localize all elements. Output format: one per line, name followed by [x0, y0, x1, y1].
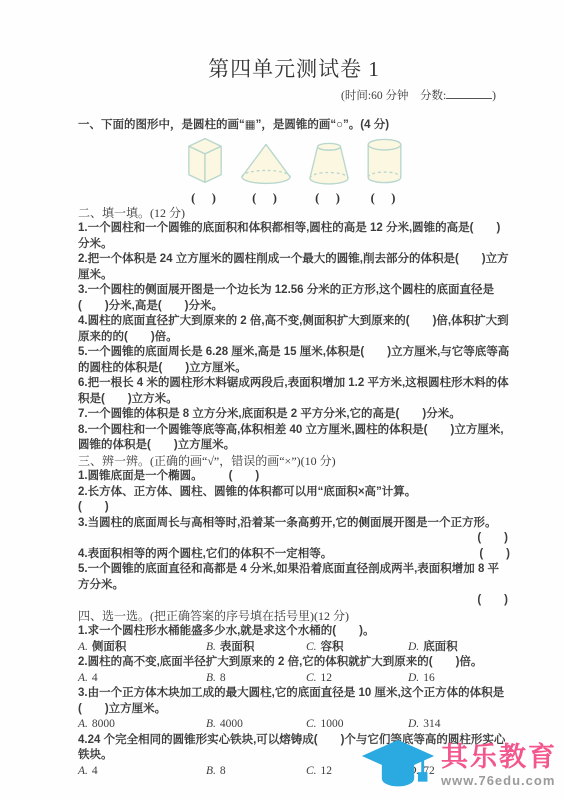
fill-item: 7.一个圆锥的体积是 8 立方分米,底面积是 2 平方分米,它的高是( )分米。: [78, 407, 510, 423]
answer-slot: ( ): [78, 500, 510, 516]
option-c: C.容积: [306, 640, 408, 656]
fill-item: 6.把一根长 4 米的圆柱形木料锯成两段后,表面积增加 1.2 平方米,这根圆柱…: [78, 376, 510, 407]
brand-text-block: 其乐教育 www.76edu.com: [441, 744, 557, 787]
section1-heading: 一、下面的图形中，是圆柱的画“▦”，是圆锥的画“○”。(4 分): [78, 118, 510, 134]
option-label: 侧面积: [92, 641, 127, 653]
judge-item: 3.当圆柱的底面周长与高相等时,沿着某一条高剪开,它的侧面展开图是一个正方形。: [78, 516, 510, 532]
option-label: 16: [423, 672, 435, 684]
option-letter: C.: [306, 765, 317, 777]
option-c: C.12: [306, 671, 408, 687]
option-b: B.表面积: [206, 640, 306, 656]
option-label: 8: [220, 672, 226, 684]
option-letter: A.: [78, 641, 88, 653]
section4-heading: 四、选一选。(把正确答案的序号填在括号里)(12 分): [78, 609, 510, 625]
score-blank: [446, 87, 492, 99]
brand-name: 其乐教育: [441, 744, 557, 771]
frustum-icon: [308, 139, 350, 185]
judge-item: 2.长方体、正方体、圆柱、圆锥的体积都可以用“底面积×高”计算。: [78, 485, 510, 501]
option-label: 12: [321, 765, 333, 777]
option-label: 4: [92, 672, 98, 684]
graduation-cap-icon: [360, 737, 436, 794]
option-label: 12: [321, 672, 333, 684]
option-letter: D.: [408, 718, 419, 730]
time-score-line: (时间:60 分钟 分数:): [78, 87, 510, 104]
page-title: 第四单元测试卷 1: [78, 54, 510, 84]
option-d: D.底面积: [408, 640, 510, 656]
shapes-row: ( ) ( ) ( ): [78, 136, 510, 206]
answer-slot: ( ): [315, 188, 342, 206]
fill-item: 1.一个圆柱和一个圆锥的底面积和体积都相等,圆柱的高是 12 分米,圆锥的高是(…: [78, 221, 510, 252]
answer-slot: ( ): [371, 188, 398, 206]
option-letter: C.: [306, 641, 317, 653]
option-letter: C.: [306, 672, 317, 684]
option-letter: A.: [78, 718, 88, 730]
answer-slot: ( ): [229, 470, 260, 482]
option-label: 4000: [220, 718, 243, 730]
judge-item: 5.一个圆锥的底面直径和高都是 4 分米,如果沿着底面直径剖成两半,表面积增加 …: [78, 562, 510, 593]
option-label: 8: [220, 765, 226, 777]
judge-text: 4.表面积相等的两个圆柱,它们的体积不一定相等。: [78, 547, 332, 563]
triangular-prism-icon: [186, 136, 224, 185]
option-letter: A.: [78, 672, 88, 684]
section3-heading: 三、辨一辨。(正确的画“√”，错误的画“×”)(10 分): [78, 454, 510, 470]
judge-item: 4.表面积相等的两个圆柱,它们的体积不一定相等。( ): [78, 547, 510, 563]
option-letter: C.: [306, 718, 317, 730]
choice-options: A.8000 B.4000 C.1000 D.314: [78, 717, 510, 733]
option-label: 8000: [92, 718, 115, 730]
option-letter: D.: [408, 641, 419, 653]
cone-icon: [240, 141, 292, 185]
answer-slot: ( ): [479, 547, 510, 563]
option-b: B.8: [206, 671, 306, 687]
fill-item: 5.一个圆锥的底面周长是 6.28 厘米,高是 15 厘米,体积是( )立方厘米…: [78, 345, 510, 376]
option-a: A.4: [78, 764, 206, 780]
option-a: A.侧面积: [78, 640, 206, 656]
figure-cell: ( ): [186, 136, 224, 206]
choice-question: 2.圆柱的高不变,底面半径扩大到原来的 2 倍,它的体积就扩大到原来的( )倍。: [78, 655, 510, 671]
option-d: D.314: [408, 717, 510, 733]
fill-item: 3.一个圆柱的侧面展开图是一个边长为 12.56 分米的正方形,这个圆柱的底面直…: [78, 283, 510, 314]
option-b: B.8: [206, 764, 306, 780]
brand-url: www.76edu.com: [441, 774, 555, 787]
option-letter: B.: [206, 641, 216, 653]
brand-logo: 其乐教育 www.76edu.com: [360, 737, 557, 794]
option-a: A.8000: [78, 717, 206, 733]
option-d: D.16: [408, 671, 510, 687]
test-paper-page: 第四单元测试卷 1 (时间:60 分钟 分数:) 一、下面的图形中，是圆柱的画“…: [0, 0, 565, 800]
option-label: 1000: [321, 718, 344, 730]
option-label: 314: [423, 718, 440, 730]
option-letter: D.: [408, 672, 419, 684]
judge-text: 1.圆锥底面是一个椭圆。: [78, 470, 203, 482]
option-label: 容积: [321, 641, 344, 653]
option-b: B.4000: [206, 717, 306, 733]
option-letter: A.: [78, 765, 88, 777]
option-letter: B.: [206, 765, 216, 777]
option-label: 4: [92, 765, 98, 777]
paper-content: 第四单元测试卷 1 (时间:60 分钟 分数:) 一、下面的图形中，是圆柱的画“…: [0, 0, 565, 779]
choice-options: A.4 B.8 C.12 D.16: [78, 671, 510, 687]
answer-slot: ( ): [78, 593, 510, 609]
judge-item: 1.圆锥底面是一个椭圆。( ): [78, 469, 510, 485]
answer-slot: ( ): [191, 188, 218, 206]
section2-heading: 二、填一填。(12 分): [78, 206, 510, 222]
fill-item: 8.一个圆柱和一个圆锥等底等高,体积相差 40 立方厘米,圆柱的体积是( )立方…: [78, 423, 510, 454]
meta-close: ): [492, 90, 496, 102]
figure-cell: ( ): [366, 137, 403, 206]
figure-cell: ( ): [240, 141, 292, 206]
option-c: C.1000: [306, 717, 408, 733]
cylinder-icon: [366, 137, 403, 185]
choice-question: 3.由一个正方体木块加工成的最大圆柱,它的底面直径是 10 厘米,这个正方体的体…: [78, 686, 510, 717]
meta-text: (时间:60 分钟 分数:: [341, 90, 446, 102]
answer-slot: ( ): [252, 188, 279, 206]
option-letter: B.: [206, 718, 216, 730]
choice-question: 1.求一个圆柱形水桶能盛多少水,就是求这个水桶的( )。: [78, 624, 510, 640]
option-a: A.4: [78, 671, 206, 687]
choice-options: A.侧面积 B.表面积 C.容积 D.底面积: [78, 640, 510, 656]
answer-slot: ( ): [78, 531, 510, 547]
option-letter: B.: [206, 672, 216, 684]
fill-item: 4.圆柱的底面直径扩大到原来的 2 倍,高不变,侧面积扩大到原来的( )倍,体积…: [78, 314, 510, 345]
figure-cell: ( ): [308, 139, 350, 206]
option-label: 底面积: [423, 641, 458, 653]
fill-item: 2.把一个体积是 24 立方厘米的圆柱削成一个最大的圆锥,削去部分的体积是( )…: [78, 252, 510, 283]
option-label: 表面积: [220, 641, 255, 653]
